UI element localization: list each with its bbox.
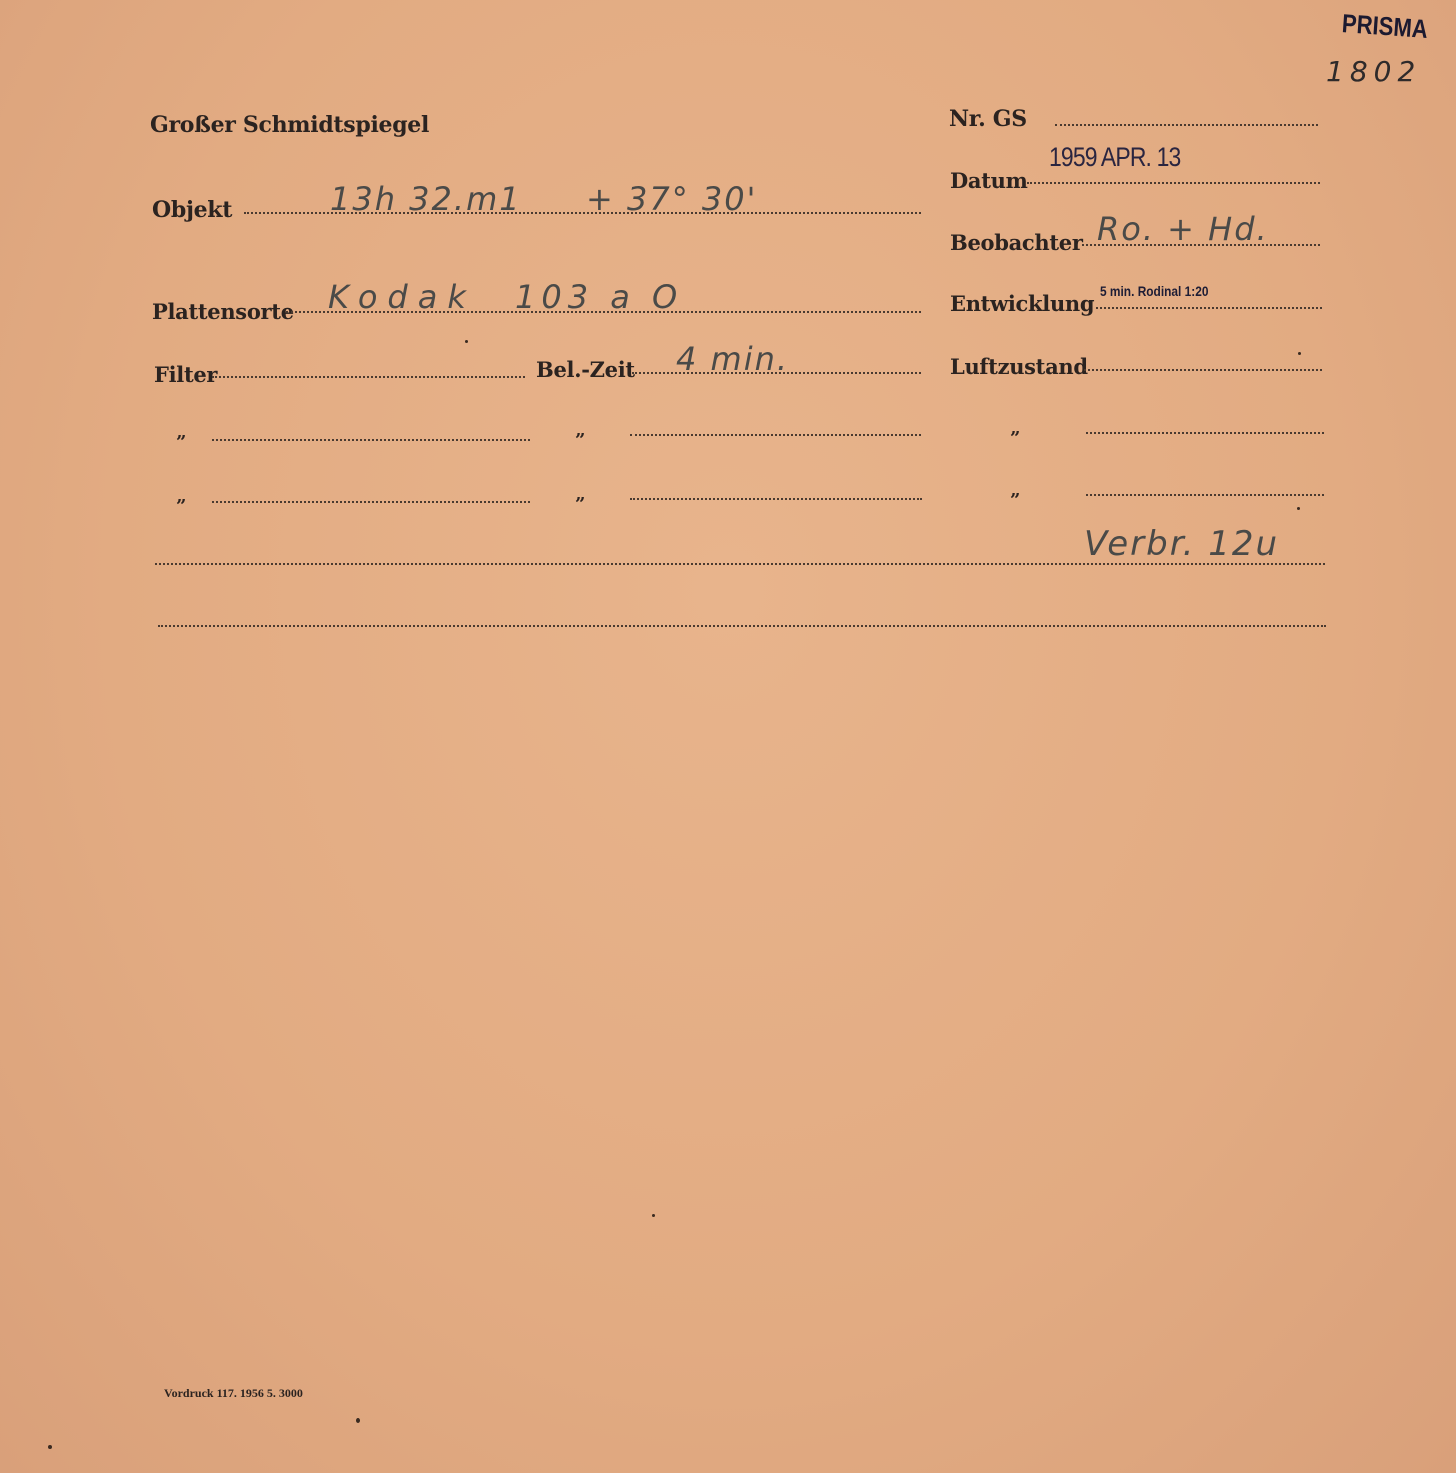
form-imprint: Vordruck 117. 1956 5. 3000 (164, 1386, 303, 1401)
entwicklung-field[interactable] (1096, 307, 1322, 309)
plattensorte-brand-value: Kodak (328, 278, 476, 316)
datum-label: Datum (950, 168, 1028, 193)
paper-speck (1297, 507, 1300, 510)
paper-speck (356, 1418, 360, 1423)
form-title: Großer Schmidtspiegel (150, 112, 429, 138)
datum-field[interactable] (1027, 182, 1320, 184)
objekt-dec-value: + 37° 30' (586, 180, 757, 218)
beobachter-label: Beobachter (950, 230, 1083, 255)
filter-field-2[interactable] (212, 439, 530, 441)
paper-speck (652, 1214, 655, 1217)
objekt-label: Objekt (152, 197, 232, 223)
luftzustand-field-3[interactable] (1086, 494, 1324, 496)
archive-stamp-label: PRISMA (1341, 8, 1429, 45)
filter-ditto-2: ” (176, 496, 186, 517)
entwicklung-stamp: 5 min. Rodinal 1:20 (1100, 283, 1208, 299)
bel-zeit-value: 4 min. (676, 340, 789, 378)
bel-zeit-field-2[interactable] (630, 434, 921, 436)
plattensorte-type-value: 103 a O (515, 278, 683, 316)
objekt-ra-value: 13h 32.m1 (330, 180, 522, 218)
bel-zeit-ditto-2: ” (575, 494, 585, 515)
filter-field-3[interactable] (212, 501, 530, 503)
bel-zeit-ditto-1: ” (575, 430, 585, 451)
luftzustand-ditto-1: ” (1010, 428, 1020, 449)
observation-log-card: PRISMA 1802 Großer Schmidtspiegel Nr. GS… (0, 0, 1456, 1473)
filter-field[interactable] (212, 376, 525, 378)
luftzustand-label: Luftzustand (950, 354, 1088, 379)
luftzustand-ditto-2: ” (1010, 490, 1020, 511)
datum-stamp: 1959 APR. 13 (1049, 142, 1180, 173)
nr-gs-label: Nr. GS (949, 106, 1027, 132)
bel-zeit-label: Bel.-Zeit (536, 357, 635, 382)
remarks-value: Verbr. 12u (1084, 524, 1279, 564)
bel-zeit-field-3[interactable] (630, 498, 922, 500)
nr-gs-field[interactable] (1055, 124, 1318, 126)
remarks-line-2[interactable] (158, 625, 1326, 627)
plattensorte-label: Plattensorte (152, 299, 294, 324)
paper-speck (465, 340, 468, 343)
luftzustand-field[interactable] (1084, 369, 1322, 371)
beobachter-value: Ro. + Hd. (1097, 210, 1269, 248)
archive-number: 1802 (1326, 55, 1421, 88)
luftzustand-field-2[interactable] (1086, 432, 1324, 434)
entwicklung-label: Entwicklung (950, 291, 1094, 316)
filter-label: Filter (154, 362, 217, 387)
paper-speck (48, 1445, 52, 1449)
paper-speck (1298, 352, 1301, 355)
filter-ditto-1: ” (176, 432, 186, 453)
